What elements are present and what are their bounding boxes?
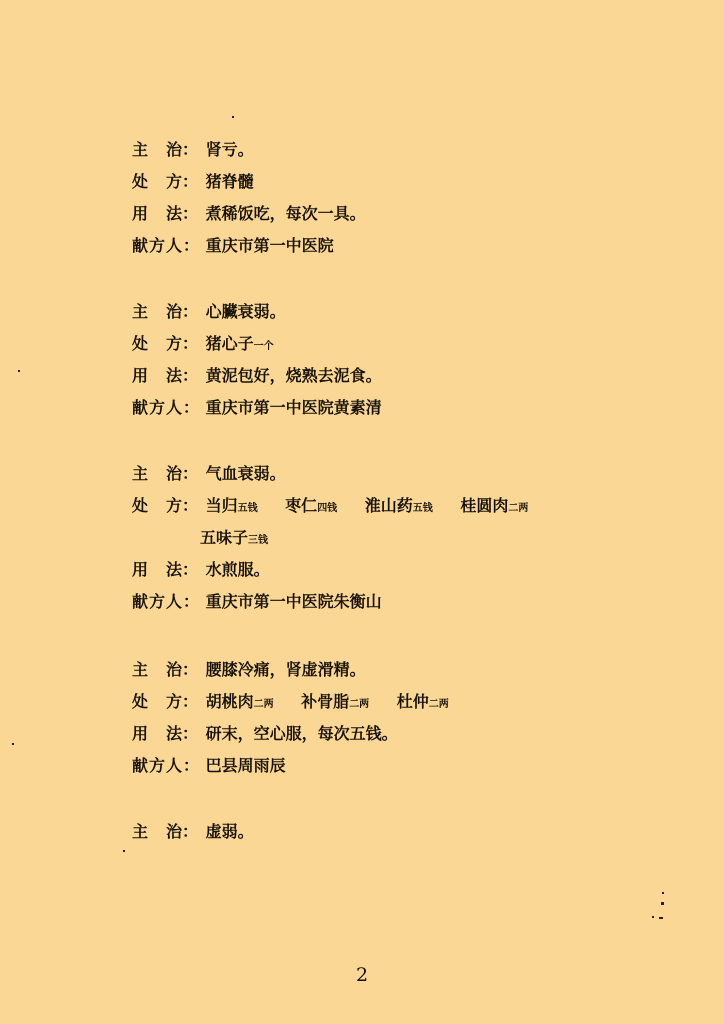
scan-speck: [652, 916, 654, 918]
indication-row: 主治： 心臟衰弱。: [132, 296, 382, 328]
prescription-value: 猪脊髓: [206, 166, 276, 201]
indication-value: 腰膝冷痛，肾虚滑精。: [206, 654, 366, 686]
scan-speck: [12, 743, 14, 745]
indication-label: 主治：: [132, 296, 200, 328]
contributor-label: 献方人：: [132, 230, 200, 262]
prescription-entry-3: 主治： 气血衰弱。 处方： 当归五钱 枣仁四钱 淮山药五钱 桂圆肉二两 五味子三…: [132, 458, 550, 618]
prescription-label: 处方：: [132, 166, 200, 198]
usage-value: 水煎服。: [206, 554, 270, 586]
prescription-value: 胡桃肉二两 补骨脂二两 杜仲二两: [206, 686, 471, 721]
document-page: 主治： 肾亏。 处方： 猪脊髓 用法： 煮稀饭吃，每次一具。 献方人： 重庆市第…: [0, 0, 724, 1024]
herb-item: 当归五钱: [206, 490, 258, 525]
prescription-value: 猪心子一个: [206, 328, 296, 363]
herb-item: 五味子三钱: [200, 522, 268, 557]
indication-label: 主治：: [132, 654, 200, 686]
contributor-value: 重庆市第一中医院黄素清: [206, 392, 382, 424]
prescription-row: 处方： 猪心子一个: [132, 328, 382, 360]
prescription-label: 处方：: [132, 328, 200, 360]
contributor-row: 献方人： 重庆市第一中医院黄素清: [132, 392, 382, 424]
scan-speck: [123, 850, 125, 852]
indication-row: 主治： 气血衰弱。: [132, 458, 550, 490]
prescription-entry-2: 主治： 心臟衰弱。 处方： 猪心子一个 用法： 黄泥包好，烧熟去泥食。 献方人：…: [132, 296, 382, 424]
contributor-label: 献方人：: [132, 586, 200, 618]
herb-item: 桂圆肉二两: [460, 490, 528, 525]
usage-label: 用法：: [132, 198, 200, 230]
prescription-row: 处方： 当归五钱 枣仁四钱 淮山药五钱 桂圆肉二两: [132, 490, 550, 522]
indication-value: 气血衰弱。: [206, 458, 286, 490]
prescription-label: 处方：: [132, 490, 200, 522]
indication-label: 主治：: [132, 134, 200, 166]
contributor-value: 重庆市第一中医院: [206, 230, 334, 262]
usage-row: 用法： 煮稀饭吃，每次一具。: [132, 198, 366, 230]
herb-item: 胡桃肉二两: [206, 686, 274, 721]
prescription-continuation-row: 五味子三钱: [132, 522, 550, 554]
prescription-entry-4: 主治： 腰膝冷痛，肾虚滑精。 处方： 胡桃肉二两 补骨脂二两 杜仲二两 用法： …: [132, 654, 471, 782]
herb-item: 淮山药五钱: [365, 490, 433, 525]
contributor-value: 巴县周雨辰: [206, 750, 286, 782]
scan-speck: [18, 370, 20, 372]
indication-value: 肾亏。: [206, 134, 254, 166]
indication-row: 主治： 虚弱。: [132, 816, 254, 848]
contributor-row: 献方人： 重庆市第一中医院朱衡山: [132, 586, 550, 618]
contributor-row: 献方人： 巴县周雨辰: [132, 750, 471, 782]
usage-row: 用法： 研末，空心服，每次五钱。: [132, 718, 471, 750]
usage-row: 用法： 水煎服。: [132, 554, 550, 586]
herb-item: 杜仲二两: [397, 686, 449, 721]
prescription-label: 处方：: [132, 686, 200, 718]
prescription-entry-5: 主治： 虚弱。: [132, 816, 254, 848]
usage-value: 研末，空心服，每次五钱。: [206, 718, 398, 750]
scan-speck: [659, 917, 663, 919]
usage-row: 用法： 黄泥包好，烧熟去泥食。: [132, 360, 382, 392]
herb-item: 补骨脂二两: [301, 686, 369, 721]
contributor-value: 重庆市第一中医院朱衡山: [206, 586, 382, 618]
indication-row: 主治： 肾亏。: [132, 134, 366, 166]
usage-value: 黄泥包好，烧熟去泥食。: [206, 360, 382, 392]
usage-label: 用法：: [132, 360, 200, 392]
contributor-row: 献方人： 重庆市第一中医院: [132, 230, 366, 262]
herb-item: 猪心子一个: [206, 328, 274, 363]
indication-value: 虚弱。: [206, 816, 254, 848]
usage-label: 用法：: [132, 718, 200, 750]
scan-speck: [662, 892, 664, 894]
usage-value: 煮稀饭吃，每次一具。: [206, 198, 366, 230]
indication-label: 主治：: [132, 816, 200, 848]
prescription-row: 处方： 猪脊髓: [132, 166, 366, 198]
prescription-row: 处方： 胡桃肉二两 补骨脂二两 杜仲二两: [132, 686, 471, 718]
indication-label: 主治：: [132, 458, 200, 490]
indication-row: 主治： 腰膝冷痛，肾虚滑精。: [132, 654, 471, 686]
usage-label: 用法：: [132, 554, 200, 586]
herb-item: 枣仁四钱: [285, 490, 337, 525]
indication-value: 心臟衰弱。: [206, 296, 286, 328]
contributor-label: 献方人：: [132, 750, 200, 782]
scan-speck: [661, 902, 664, 905]
prescription-entry-1: 主治： 肾亏。 处方： 猪脊髓 用法： 煮稀饭吃，每次一具。 献方人： 重庆市第…: [132, 134, 366, 262]
prescription-value: 当归五钱 枣仁四钱 淮山药五钱 桂圆肉二两: [206, 490, 551, 525]
page-number: 2: [0, 964, 724, 986]
scan-speck: [232, 116, 234, 118]
contributor-label: 献方人：: [132, 392, 200, 424]
herb-item: 猪脊髓: [206, 166, 254, 201]
